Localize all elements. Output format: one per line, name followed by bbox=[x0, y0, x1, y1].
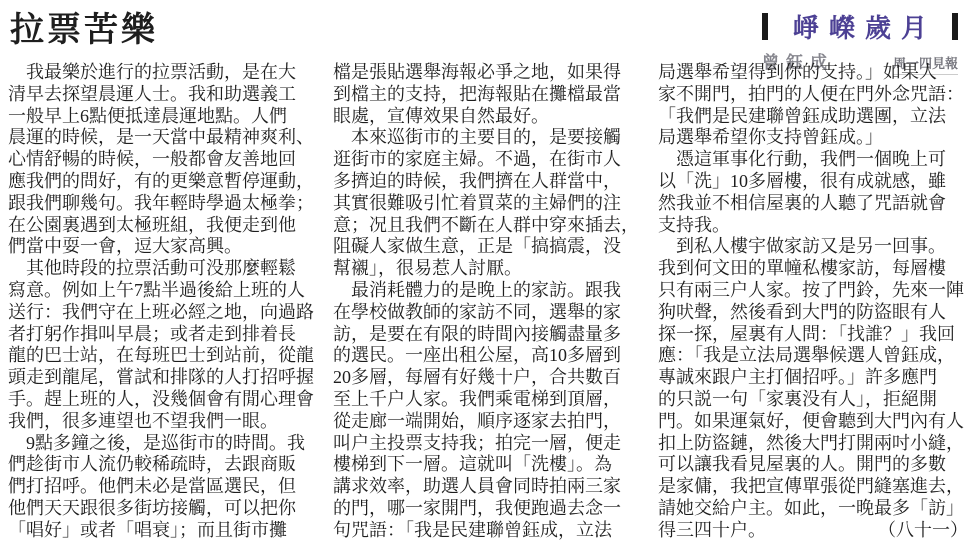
text-line: 講求效率，助選人員會同時拍兩三家 bbox=[333, 476, 643, 498]
text-line: 狗吠聲，然後看到大門的防盜眼有人 bbox=[658, 302, 968, 324]
text-line: 們趁街市人流仍較稀疏時，去跟商販 bbox=[8, 454, 318, 476]
masthead-left-bar bbox=[762, 13, 768, 40]
text-line: 最消耗體力的是晚上的家訪。跟我 bbox=[333, 280, 643, 302]
text-line: 幫襯」，很易惹人討厭。 bbox=[333, 258, 643, 280]
article-body: 我最樂於進行的拉票活動，是在大清早去探望晨運人士。我和助選義工一般早上6點便抵達… bbox=[8, 62, 968, 547]
text-line: 至上千户人家。我們乘電梯到頂層， bbox=[333, 389, 643, 411]
text-line: 本來巡街市的主要目的，是要接觸 bbox=[333, 127, 643, 149]
text-line: 寫意。例如上午7點半過後給上班的人 bbox=[8, 280, 318, 302]
text-column-3: 局選舉希望得到你的支持。」如果人家不開門，拍門的人便在門外念咒語：「我們是民建聯… bbox=[658, 62, 968, 547]
text-line: 門。如果運氣好，便會聽到大門內有人 bbox=[658, 411, 968, 433]
text-line: 憑這軍事化行動，我們一個晚上可 bbox=[658, 149, 968, 171]
text-line: 可以讓我看見屋裏的人。開門的多數 bbox=[658, 454, 968, 476]
text-line: 請她交給户主。如此，一晚最多「訪」 bbox=[658, 498, 968, 520]
text-line: 手。趕上班的人，没幾個會有閒心理會 bbox=[8, 389, 318, 411]
text-line: 意；况且我們不斷在人群中穿來插去， bbox=[333, 215, 643, 237]
text-line: 應：「我是立法局選舉候選人曾鈺成， bbox=[658, 345, 968, 367]
text-line: 在學校做教師的家訪不同，選舉的家 bbox=[333, 302, 643, 324]
installment-number: （八十一） bbox=[878, 520, 968, 542]
final-line-text: 得三四十户。 bbox=[658, 520, 766, 542]
text-line: 專誠來跟户主打個招呼。」許多應門 bbox=[658, 367, 968, 389]
text-line: 其他時段的拉票活動可没那麼輕鬆 bbox=[8, 258, 318, 280]
text-line: 送行：我們守在上班必經之地，向過路 bbox=[8, 302, 318, 324]
text-line: 阻礙人家做生意，正是「搞搞震，没 bbox=[333, 236, 643, 258]
text-line: 到私人樓宇做家訪又是另一回事。 bbox=[658, 236, 968, 258]
text-line: 檔是張貼選舉海報必爭之地，如果得 bbox=[333, 62, 643, 84]
text-line: 9點多鐘之後，是巡街市的時間。我 bbox=[8, 433, 318, 455]
text-line: 清早去探望晨運人士。我和助選義工 bbox=[8, 84, 318, 106]
text-line: 一般早上6點便抵達晨運地點。人們 bbox=[8, 106, 318, 128]
text-line: 的只説一句「家裏没有人」，拒絕開 bbox=[658, 389, 968, 411]
text-line: 我最樂於進行的拉票活動，是在大 bbox=[8, 62, 318, 84]
text-line: 逛街市的家庭主婦。不過，在街市人 bbox=[333, 149, 643, 171]
text-line: 在公園裏遇到太極班組，我便走到他 bbox=[8, 215, 318, 237]
text-line: 支持我。 bbox=[658, 215, 968, 237]
text-line: 家不開門，拍門的人便在門外念咒語： bbox=[658, 84, 968, 106]
text-line: 然我並不相信屋裏的人聽了咒語就會 bbox=[658, 193, 968, 215]
text-line: 是家傭，我把宣傳單張從門縫塞進去， bbox=[658, 476, 968, 498]
text-line: 其實很難吸引忙着買菜的主婦們的注 bbox=[333, 193, 643, 215]
text-line: 樓梯到下一層。這就叫「洗樓」。為 bbox=[333, 454, 643, 476]
text-line: 到檔主的支持，把海報貼在攤檔最當 bbox=[333, 84, 643, 106]
text-line: 者打躬作揖叫早晨；或者走到排着長 bbox=[8, 324, 318, 346]
text-line: 句咒語：「我是民建聯曾鈺成，立法 bbox=[333, 520, 643, 542]
text-line: 探一探，屋裏有人問：「找誰？」我回 bbox=[658, 324, 968, 346]
text-line: 龍的巴士站，在每班巴士到站前，從龍 bbox=[8, 345, 318, 367]
text-line: 們當中耍一會，逗大家高興。 bbox=[8, 236, 318, 258]
text-line: 「唱好」或者「唱衰」；而且街市攤 bbox=[8, 520, 318, 542]
text-line: 以「洗」10多層樓，很有成就感，雖 bbox=[658, 171, 968, 193]
text-line: 我到何文田的單幢私樓家訪，每層樓 bbox=[658, 258, 968, 280]
text-line: 他們天天跟很多街坊接觸，可以把你 bbox=[8, 498, 318, 520]
text-line-final: 得三四十户。（八十一） bbox=[658, 520, 968, 542]
text-line: 的選民。一座出租公屋，高10多層到 bbox=[333, 345, 643, 367]
text-line: 扣上防盜鏈，然後大門打開兩吋小縫， bbox=[658, 433, 968, 455]
text-line: 局選舉希望得到你的支持。」如果人 bbox=[658, 62, 968, 84]
text-line: 的門，哪一家開門，我便跑過去念一 bbox=[333, 498, 643, 520]
text-line: 跟我們聊幾句。我年輕時學過太極拳； bbox=[8, 193, 318, 215]
masthead-title-row: 崢嶸歲月 bbox=[762, 8, 958, 45]
text-line: 我們，很多連望也不望我們一眼。 bbox=[8, 411, 318, 433]
text-line: 從走廊一端開始，順序逐家去拍門， bbox=[333, 411, 643, 433]
text-line: 晨運的時候，是一天當中最精神爽利、 bbox=[8, 127, 318, 149]
text-line: 眼處，宣傳效果自然最好。 bbox=[333, 106, 643, 128]
text-line: 20多層，每層有好幾十户，合共數百 bbox=[333, 367, 643, 389]
text-line: 應我們的問好，有的更樂意暫停運動， bbox=[8, 171, 318, 193]
text-line: 們打招呼。他們未必是當區選民，但 bbox=[8, 476, 318, 498]
text-line: 局選舉希望你支持曾鈺成。」 bbox=[658, 127, 968, 149]
text-line: 只有兩三户人家。按了門鈴，先來一陣 bbox=[658, 280, 968, 302]
text-line: 頭走到龍尾，嘗試和排隊的人打招呼握 bbox=[8, 367, 318, 389]
text-line: 多擠迫的時候，我們擠在人群當中， bbox=[333, 171, 643, 193]
masthead-right-bar bbox=[952, 13, 958, 40]
page-title: 拉票苦樂 bbox=[10, 2, 158, 51]
text-line: 訪，是要在有限的時間內接觸盡量多 bbox=[333, 324, 643, 346]
column-name: 崢嶸歲月 bbox=[783, 8, 937, 45]
text-line: 叫户主投票支持我；拍完一層，便走 bbox=[333, 433, 643, 455]
text-line: 心情舒暢的時候，一般都會友善地回 bbox=[8, 149, 318, 171]
text-column-1: 我最樂於進行的拉票活動，是在大清早去探望晨運人士。我和助選義工一般早上6點便抵達… bbox=[8, 62, 318, 547]
text-line: 「我們是民建聯曾鈺成助選團，立法 bbox=[658, 106, 968, 128]
text-column-2: 檔是張貼選舉海報必爭之地，如果得到檔主的支持，把海報貼在攤檔最當眼處，宣傳效果自… bbox=[333, 62, 643, 547]
